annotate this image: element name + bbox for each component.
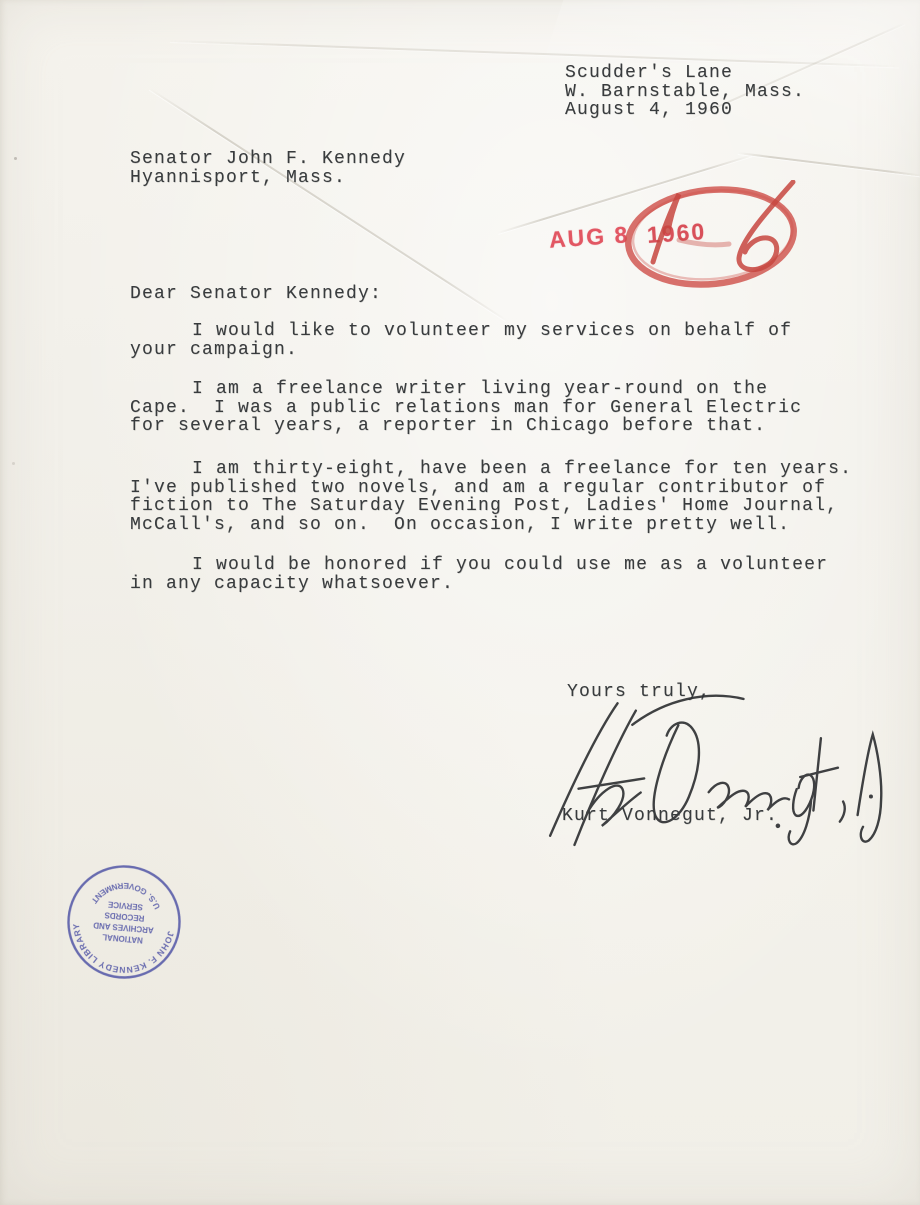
body-line: McCall's, and so on. On occasion, I writ… <box>130 516 852 535</box>
stamp-center-line: NATIONAL <box>102 932 143 945</box>
body-line: I am thirty-eight, have been a freelance… <box>130 460 852 479</box>
paragraph-4: I would be honored if you could use me a… <box>130 556 828 593</box>
recipient-line: Senator John F. Kennedy <box>130 150 406 169</box>
crayon-circle-and-annotation <box>545 180 835 300</box>
sender-address-block: Scudder's Lane W. Barnstable, Mass. Augu… <box>565 64 805 120</box>
body-line: in any capacity whatsoever. <box>130 575 828 594</box>
ink-speck <box>12 462 15 465</box>
body-line: I've published two novels, and am a regu… <box>130 479 852 498</box>
body-line: I would like to volunteer my services on… <box>130 322 792 341</box>
typed-signature-name: Kurt Vonnegut, Jr. <box>562 807 778 826</box>
library-accession-stamp: JOHN F. KENNEDY LIBRARY U.S. GOVERNMENT … <box>59 857 189 987</box>
paper-crease <box>738 152 920 177</box>
recipient-address-block: Senator John F. Kennedy Hyannisport, Mas… <box>130 150 406 187</box>
body-line: your campaign. <box>130 341 792 360</box>
stamp-center-line: SERVICE <box>107 899 143 911</box>
received-date-stamp: AUG 8 1960 <box>545 180 835 300</box>
sender-address-line: Scudder's Lane <box>565 64 805 83</box>
body-line: I am a freelance writer living year-roun… <box>130 380 802 399</box>
ink-speck <box>14 157 17 160</box>
letter-date: August 4, 1960 <box>565 101 805 120</box>
paragraph-3: I am thirty-eight, have been a freelance… <box>130 460 852 534</box>
body-line: Cape. I was a public relations man for G… <box>130 399 802 418</box>
body-line: for several years, a reporter in Chicago… <box>130 417 802 436</box>
salutation: Dear Senator Kennedy: <box>130 285 382 304</box>
sender-address-line: W. Barnstable, Mass. <box>565 83 805 102</box>
body-line: I would be honored if you could use me a… <box>130 556 828 575</box>
recipient-line: Hyannisport, Mass. <box>130 169 406 188</box>
signature <box>535 682 893 862</box>
paragraph-2: I am a freelance writer living year-roun… <box>130 380 802 436</box>
paragraph-1: I would like to volunteer my services on… <box>130 322 792 359</box>
body-line: fiction to The Saturday Evening Post, La… <box>130 497 852 516</box>
letter-page: Scudder's Lane W. Barnstable, Mass. Augu… <box>0 0 920 1205</box>
